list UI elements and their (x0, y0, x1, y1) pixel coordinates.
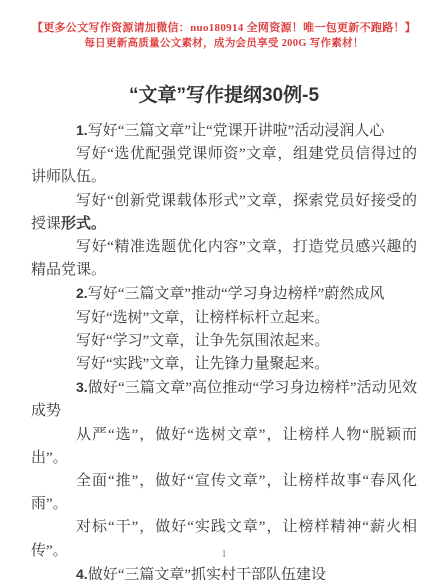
paragraph: 1.写好“三篇文章”让“党课开讲啦”活动浸润人心 (31, 119, 417, 143)
paragraph: 从严“选”，做好“选树文章”，让榜样人物“脱颖而出”。 (31, 424, 417, 470)
paragraph-text: 写好“三篇文章”让“党课开讲啦”活动浸润人心 (88, 123, 385, 139)
promo-header-line1: 【更多公文写作资源请加微信：nuo180914 全网资源！唯一包更新不跑路！】 (0, 20, 448, 36)
promo-header-line2: 每日更新高质量公文素材，成为会员享受 200G 写作素材！ (0, 36, 448, 51)
paragraph: 3.做好“三篇文章”高位推动“学习身边榜样”活动见效成势 (31, 376, 417, 423)
paragraph: 写好“精准选题优化内容”文章，打造党员感兴趣的精品党课。 (31, 236, 417, 282)
paragraph-text: 写好“精准选题优化内容”文章，打造党员感兴趣的精品党课。 (31, 239, 417, 278)
paragraph-text: 做好“三篇文章”抓实村干部队伍建设 (88, 567, 326, 580)
page-number: 1 (0, 549, 448, 560)
paragraph-text: 形式。 (61, 216, 106, 232)
paragraph: 写好“实践”文章，让先锋力量聚起来。 (31, 353, 417, 376)
paragraph: 4.做好“三篇文章”抓实村干部队伍建设 (31, 563, 417, 580)
paragraph: 2.写好“三篇文章”推动“学习身边榜样”蔚然成风 (31, 282, 417, 306)
paragraph-number: 1. (76, 122, 88, 138)
paragraph-text: 写好“选优配强党课师资”文章，组建党员信得过的讲师队伍。 (31, 146, 417, 185)
document-page: 【更多公文写作资源请加微信：nuo180914 全网资源！唯一包更新不跑路！】 … (0, 0, 448, 580)
paragraph-number: 3. (76, 379, 88, 395)
paragraph-number: 2. (76, 285, 88, 301)
paragraph-text: 从严“选”，做好“选树文章”，让榜样人物“脱颖而出”。 (31, 427, 417, 466)
paragraph: 写好“学习”文章，让争先氛围浓起来。 (31, 330, 417, 353)
paragraph-text: 写好“实践”文章，让先锋力量聚起来。 (76, 356, 329, 372)
paragraph: 全面“推”，做好“宣传文章”，让榜样故事“春风化雨”。 (31, 470, 417, 516)
page-title: “文章”写作提纲30例-5 (0, 83, 448, 109)
paragraph-text: 写好“学习”文章，让争先氛围浓起来。 (76, 333, 329, 349)
paragraph-text: 写好“三篇文章”推动“学习身边榜样”蔚然成风 (88, 286, 385, 302)
paragraph-text: 全面“推”，做好“宣传文章”，让榜样故事“春风化雨”。 (31, 473, 417, 512)
document-body: 1.写好“三篇文章”让“党课开讲啦”活动浸润人心写好“选优配强党课师资”文章，组… (31, 119, 417, 580)
promo-header: 【更多公文写作资源请加微信：nuo180914 全网资源！唯一包更新不跑路！】 … (0, 20, 448, 51)
paragraph: 写好“选树”文章，让榜样标杆立起来。 (31, 307, 417, 330)
paragraph-text: 做好“三篇文章”高位推动“学习身边榜样”活动见效成势 (31, 380, 417, 419)
paragraph-text: 写好“选树”文章，让榜样标杆立起来。 (76, 310, 329, 326)
paragraph: 写好“选优配强党课师资”文章，组建党员信得过的讲师队伍。 (31, 143, 417, 189)
paragraph: 写好“创新党课载体形式”文章，探索党员好接受的授课形式。 (31, 190, 417, 236)
paragraph-number: 4. (76, 566, 88, 580)
